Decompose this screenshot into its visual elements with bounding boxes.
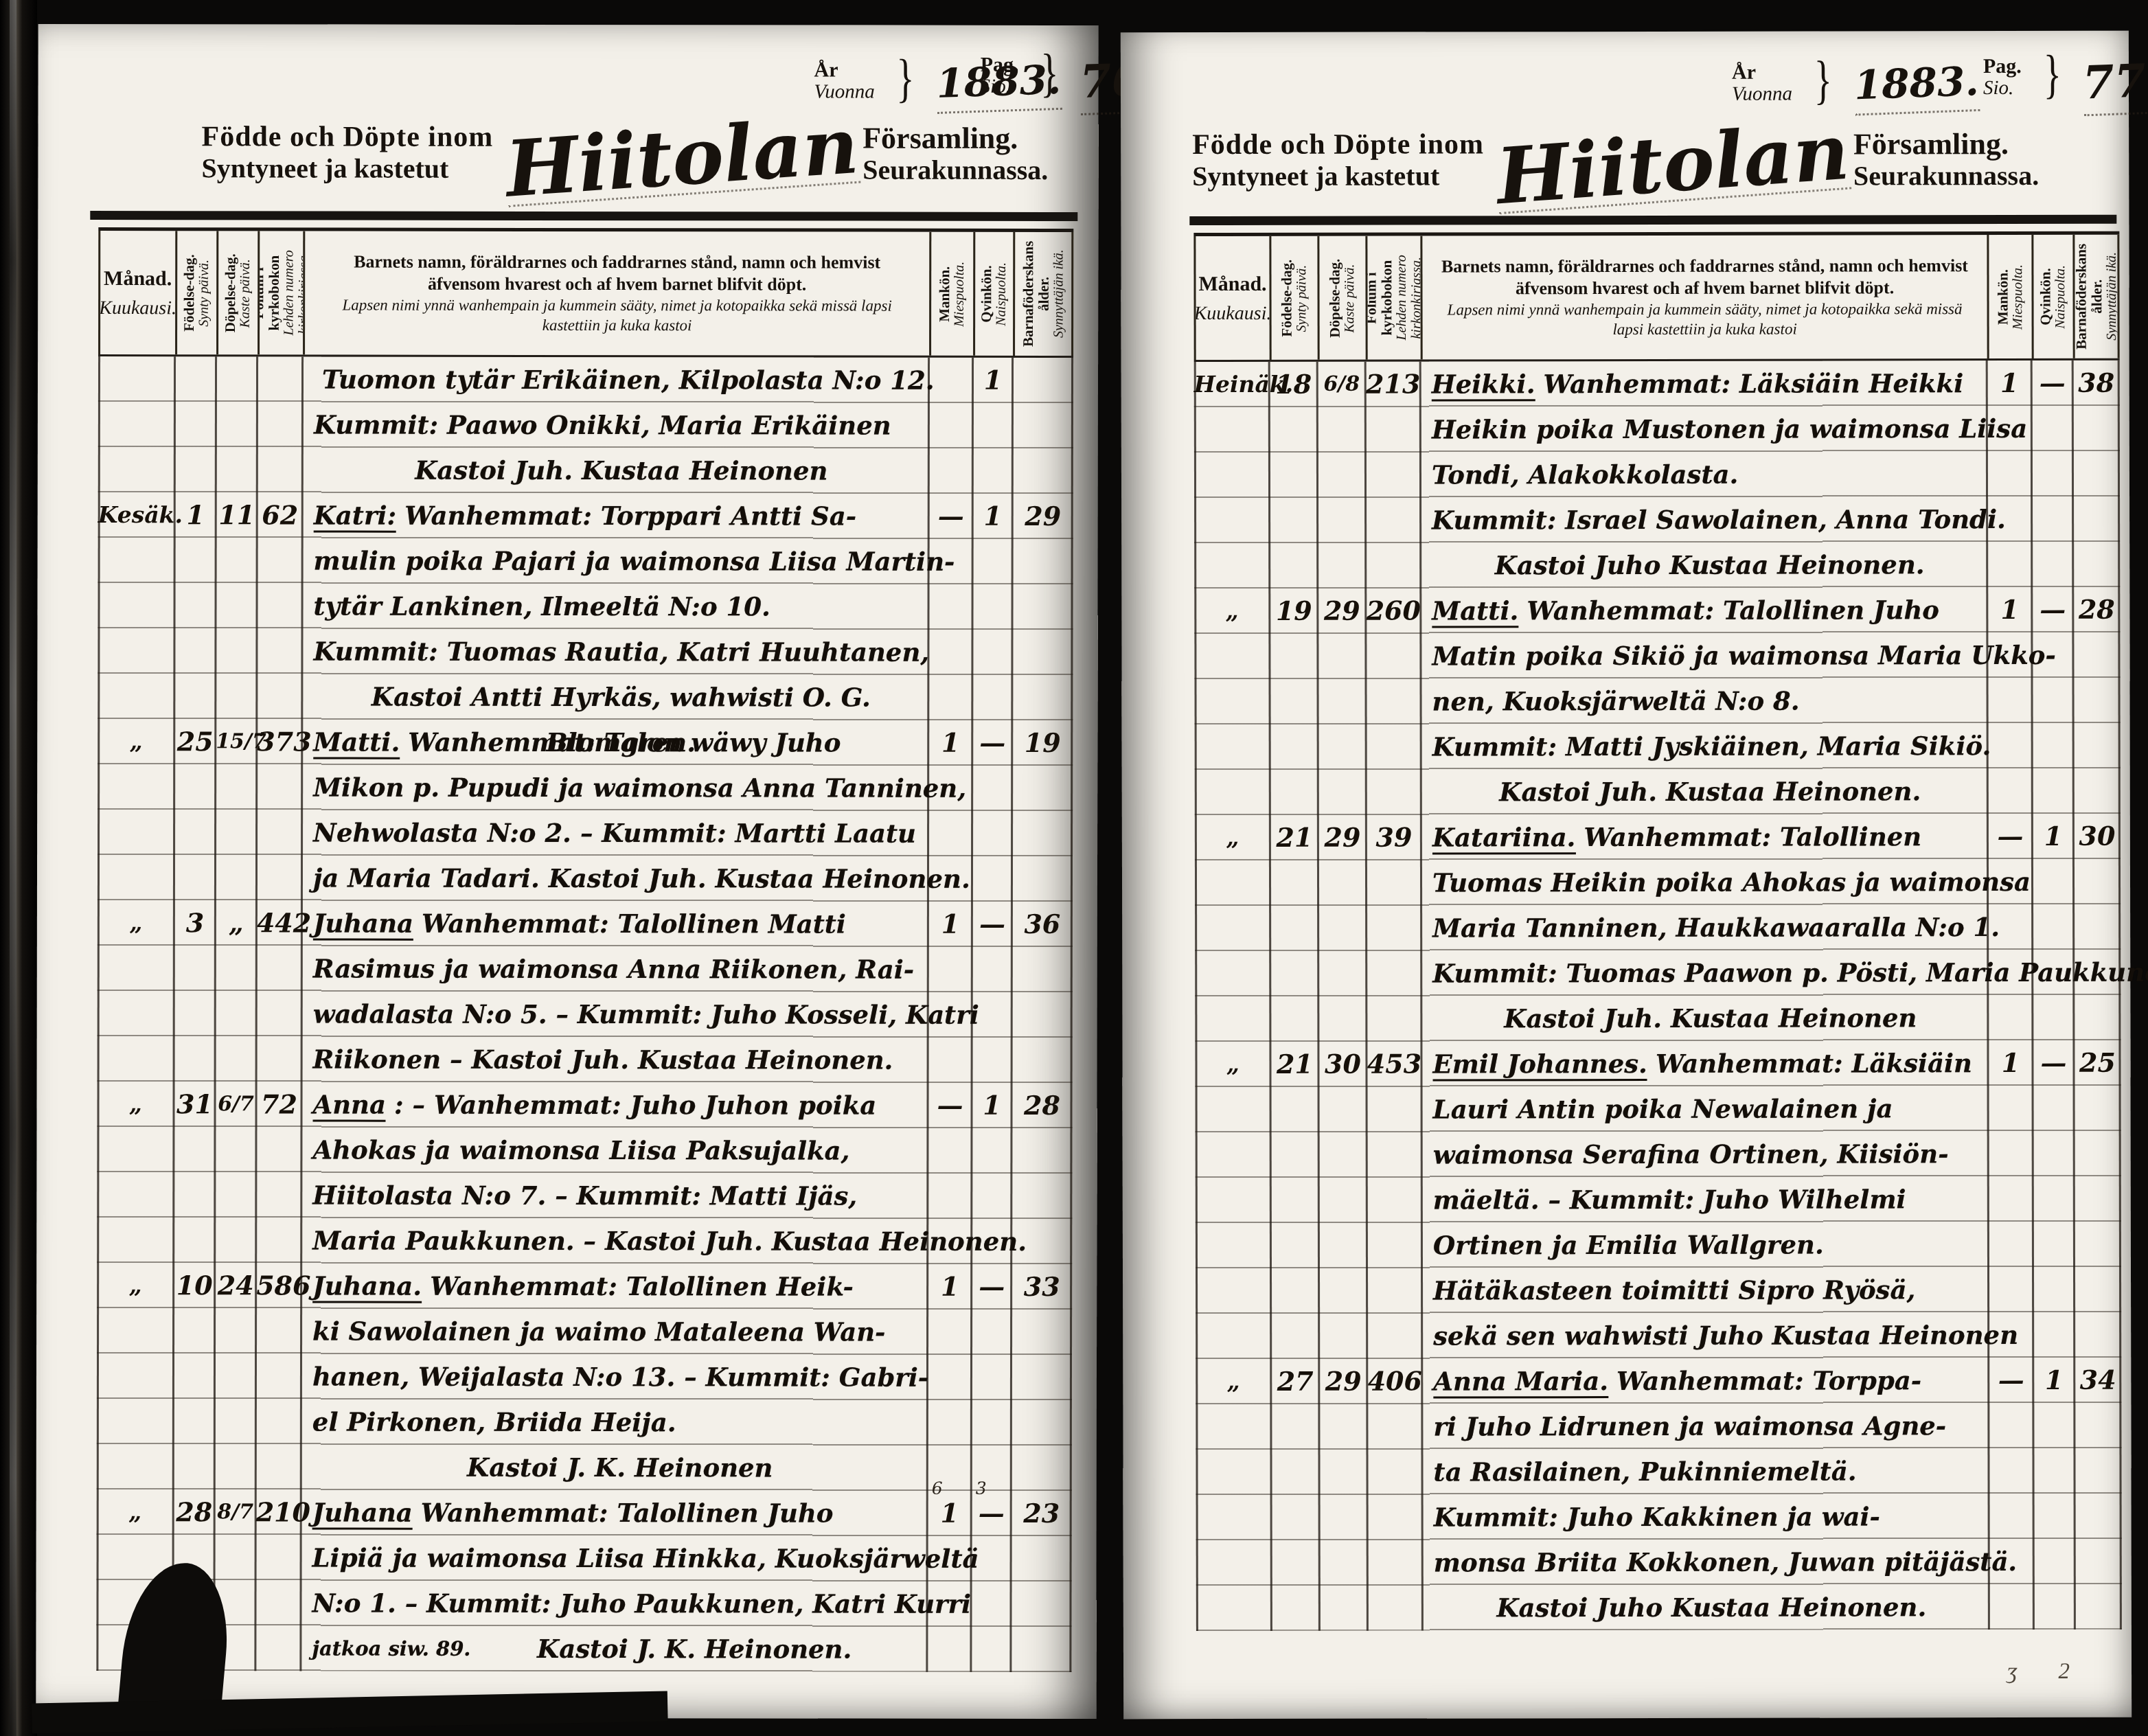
entry-folio: 442 [257, 900, 302, 1082]
col-birth-fi: Synty päivä. [1294, 264, 1309, 332]
entry-line: Heikin poika Mustonen ja waimonsa Liisa [1432, 406, 1987, 452]
entry-line: ki Sawolainen ja waimo Mataleena Wan- [312, 1308, 928, 1354]
year-value: 1883. [1853, 54, 1980, 116]
entry-text: Katariina.Wanhemmat: Talollinen Tuomas H… [1421, 814, 1989, 1041]
entry-male: 1 [1987, 587, 2033, 814]
register-entry: Kesäk. 1 11 62 Katri:Wanhemmat: Torppari… [98, 492, 1073, 720]
col-bapt-sv: Döpelse-dag. [222, 253, 238, 332]
entry-line: tytär Lankinen, Ilmeeltä N:o 10. [313, 583, 928, 629]
register-entry: „ 21 29 39 Katariina.Wanhemmat: Talollin… [1195, 814, 2121, 1042]
entry-line-text: Wanhemmat: Talollinen Matti [422, 909, 846, 939]
col-age-sv: Barnaföderskans ålder. [1020, 241, 1052, 347]
entry-line: Kummit: Tuomas Rautia, Katri Huuhtanen, [313, 628, 928, 674]
entry-line: Emil Johannes.Wanhemmat: Läksiäin [1432, 1040, 1988, 1086]
entry-baptism-day: 29 [1319, 1359, 1368, 1631]
parish-name-script: Hiitolan [1494, 118, 1851, 214]
entry-text: Heikki.Wanhemmat: Läksiäin Heikki Heikin… [1421, 361, 1988, 588]
entry-female: 1 [972, 1083, 1012, 1264]
title-prefix: Födde och Döpte inom Syntyneet ja kastet… [1192, 128, 1484, 192]
col-male-sv: Mankön. [936, 266, 952, 321]
year-label-fi: Vuonna [1732, 83, 1792, 104]
register-page-left: År Vuonna } 1883. Pag. Sio. } 76. Födde … [36, 24, 1098, 1719]
entry-line-text: Wanhemmat: Talollinen Juho [421, 1498, 834, 1529]
entry-line: ri Juho Lidrunen ja waimonsa Agne- [1433, 1403, 1989, 1449]
continuation-note: jatkoa siw. 89. [312, 1625, 470, 1671]
entry-line: Nehwolasta N:o 2. – Kummit: Martti Laatu [313, 810, 928, 856]
entry-male-value: 1 [940, 1498, 959, 1529]
entry-female: — [972, 720, 1012, 902]
entry-male: — [928, 494, 972, 720]
entry-line: Ortinen ja Emilia Wallgren. [1433, 1222, 1989, 1268]
entry-baptism-day: 11 [216, 492, 257, 719]
tally-note: 6 [932, 1480, 943, 1497]
entry-mother-age: 28 [1012, 1083, 1072, 1264]
entry-folio: 453 [1367, 1042, 1422, 1359]
entry-folio: 210 [255, 1489, 301, 1671]
page-title: Födde och Döpte inom Syntyneet ja kastet… [201, 120, 1048, 186]
entry-birth-day: 27 [1271, 1359, 1320, 1631]
register-page-right: År Vuonna } 1883. Pag. Sio. } 77 Födde o… [1121, 31, 2132, 1720]
entry-birth-day: 10 [174, 1263, 215, 1489]
entry-text: Juhana.Wanhemmat: Talollinen Heik- ki Sa… [301, 1263, 928, 1490]
entry-mother-age: 33 [1012, 1264, 1072, 1491]
entry-line: Lauri Antin poika Newalainen ja [1433, 1086, 1989, 1132]
entry-birth-day: 21 [1270, 1042, 1319, 1359]
entry-mother-age: 23 [1011, 1491, 1071, 1672]
entry-female: — [2032, 587, 2074, 814]
entry-line: mulin poika Pajari ja waimonsa Liisa Mar… [314, 538, 929, 584]
entry-line: Anna Maria.Wanhemmat: Torppa- [1433, 1358, 1989, 1404]
col-bapt-sv: Döpelse-dag. [1327, 258, 1343, 337]
col-male-sv: Mankön. [1994, 269, 2011, 324]
entry-mother-age: 25 [2074, 1040, 2121, 1358]
table-body: Tuomon tytär Erikäinen, Kilpolasta N:o 1… [96, 356, 1073, 1672]
col-birth-fi: Synty päivä. [196, 259, 212, 326]
entry-line-text: Wanhemmat: Läksiäin Heikki [1543, 368, 1963, 399]
col-header-folio: Folium i kyrkobokon Lehden numero kirkon… [1365, 236, 1420, 360]
entry-line-text: Wanhemmat: Talollinen Juho [1527, 595, 1939, 626]
entry-line: Kastoi Juh. Kustaa Heinonen [1432, 995, 1988, 1041]
entry-line: Anna: – Wanhemmat: Juho Juhon poika [312, 1082, 928, 1128]
entry-line: Kummit: Matti Jyskiäinen, Maria Sikiö. [1432, 723, 1988, 769]
entry-line-text: Wanhemmat: Torppa- [1616, 1365, 1921, 1396]
entry-line: hanen, Weijalasta N:o 13. – Kummit: Gabr… [312, 1354, 928, 1400]
year-label-fi: Vuonna [814, 81, 875, 102]
col-header-baptismday: Döpelse-dag. Kaste päivä. [1317, 236, 1365, 360]
entry-text: JuhanaWanhemmat: Talollinen Matti Rasimu… [302, 900, 928, 1082]
col-header-main: Barnets namn, föräldrarnes och faddrarne… [303, 231, 929, 355]
col-age-fi: Synnyttäjän ikä. [2103, 252, 2118, 341]
register-entry: Tuomon tytär Erikäinen, Kilpolasta N:o 1… [98, 356, 1073, 494]
page-label-fi: Sio. [981, 76, 1019, 97]
page-number-block: Pag. Sio. } 77 [1983, 50, 2146, 116]
title-suffix: Församling. Seurakunnassa. [862, 122, 1048, 186]
entry-line: Kummit: Israel Sawolainen, Anna Tondi. [1432, 496, 1987, 542]
entry-female: 3— [971, 1491, 1011, 1672]
entry-month: „ [1195, 1042, 1271, 1359]
col-header-female: Qvinkön. Naispuolta. [973, 232, 1013, 356]
col-female-sv: Qvinkön. [2037, 268, 2054, 325]
entry-baptism-day: 29 [1318, 589, 1367, 815]
entry-line: Heikki.Wanhemmat: Läksiäin Heikki [1432, 361, 1987, 407]
entry-line: sekä sen wahwisti Juho Kustaa Heinonen [1433, 1312, 1989, 1358]
year-block: År Vuonna } 1883. [1732, 56, 1978, 114]
entry-baptism-day: 29 [1318, 815, 1367, 1042]
entry-line: Rasimus ja waimonsa Anna Riikonen, Rai- [313, 946, 928, 992]
col-female-sv: Qvinkön. [978, 265, 994, 323]
entry-mother-age: 19 [1012, 720, 1073, 902]
entry-month: Heinäk. [1194, 362, 1270, 589]
entry-folio: 406 [1367, 1359, 1423, 1631]
entry-female-value: — [979, 1498, 1005, 1529]
col-age-sv: Barnaföderskans ålder. [2072, 244, 2104, 350]
entry-text: Emil Johannes.Wanhemmat: Läksiäin Lauri … [1421, 1040, 1989, 1358]
col-header-male: Mankön. Miespuolta. [929, 232, 973, 356]
brace: } [2043, 50, 2061, 98]
title-sv-post: Församling. [862, 122, 1048, 156]
entry-text: Anna: – Wanhemmat: Juho Juhon poika Ahok… [301, 1082, 928, 1264]
entry-baptism-day: 15/7 [216, 719, 257, 900]
register-entry: „ 19 29 260 Matti.Wanhemmat: Talollinen … [1194, 587, 2121, 815]
entry-female: 1 [972, 494, 1012, 720]
entry-birth-day: 18 [1270, 362, 1318, 589]
entry-female: — [2033, 1040, 2075, 1358]
entry-text: Tuomon tytär Erikäinen, Kilpolasta N:o 1… [303, 356, 929, 493]
col-birth-sv: Födelse-dag. [181, 254, 197, 332]
entry-female: 1 [2033, 1358, 2075, 1630]
title-sv-post: Församling. [1853, 127, 2039, 161]
heavy-rule [1189, 215, 2116, 225]
entry-baptism-day: 30 [1318, 1042, 1367, 1359]
col-month-fi: Kuukausi. [1194, 299, 1270, 328]
entry-birth-day: 3 [174, 900, 216, 1082]
col-bapt-fi: Kaste päivä. [238, 258, 253, 327]
year-labels: År Vuonna [814, 54, 875, 102]
entry-female: — [972, 902, 1012, 1083]
entry-line: Hätäkasteen toimitti Sipro Ryösä, [1433, 1267, 1989, 1313]
title-sv-pre: Födde och Döpte inom [201, 121, 493, 154]
register-table: Månad. Kuukausi. Födelse-dag. Synty päiv… [1193, 231, 2122, 1687]
page-title: Födde och Döpte inom Syntyneet ja kastet… [1192, 127, 2039, 193]
entry-line: jatkoa siw. 89. Kastoi J. K. Heinonen. [312, 1625, 927, 1671]
entry-line-text: Tuomon tytär Erikäinen, Kilpolasta N:o 1… [322, 365, 935, 396]
entry-line: mäeltä. – Kummit: Juho Wilhelmi [1433, 1176, 1989, 1222]
entry-line: Tuomas Heikin poika Ahokas ja waimonsa [1432, 859, 1988, 905]
child-name: Juhana [312, 1497, 413, 1529]
register-entry: „ 28 8/7 210 JuhanaWanhemmat: Talollinen… [96, 1489, 1071, 1672]
entry-folio: 373 [257, 719, 302, 900]
child-name: Matti. [313, 727, 400, 759]
entry-line-text: : – Wanhemmat: Juho Juhon poika [394, 1090, 876, 1121]
entry-line: Ahokas ja waimonsa Liisa Paksujalka, [312, 1127, 928, 1173]
entry-folio [258, 356, 303, 492]
table-header: Månad. Kuukausi. Födelse-dag. Synty päiv… [98, 227, 1073, 358]
col-header-folio: Folium i kyrkobokon Lehden numero kirkon… [258, 231, 303, 354]
page-stack-edge [10, 0, 16, 1736]
entry-line: ja Maria Tadari. Kastoi Juh. Kustaa Hein… [313, 855, 928, 901]
entry-line-text: Wanhemmat: Talollinen Heik- [430, 1271, 854, 1302]
page-label-sv: Pag. [1983, 56, 2022, 78]
entry-birth-day [175, 356, 216, 492]
year-label-sv: År [1732, 62, 1792, 84]
register-entry: „ 25 15/7 373 Matti.Wanhemmat: Talon wäw… [98, 719, 1073, 902]
heavy-rule [90, 211, 1077, 221]
col-male-fi: Miespuolta. [2010, 264, 2025, 329]
entry-line: Katri:Wanhemmat: Torppari Antti Sa- [314, 492, 929, 538]
entry-month: „ [97, 1263, 174, 1489]
col-female-fi: Naispuolta. [2053, 264, 2068, 328]
col-header-male: Mankön. Miespuolta. [1987, 235, 2031, 358]
entry-line: Kastoi Juho Kustaa Heinonen. [1434, 1584, 1989, 1630]
child-name: Juhana. [312, 1270, 422, 1303]
col-month-fi: Kuukausi. [99, 294, 175, 323]
entry-mother-age: 38 [2073, 361, 2121, 587]
child-name: Anna [312, 1089, 386, 1121]
entry-line: JuhanaWanhemmat: Talollinen Juho [312, 1489, 928, 1535]
entry-baptism-day: 24 [215, 1263, 256, 1489]
brace: } [896, 54, 914, 102]
entry-month: „ [98, 900, 174, 1082]
col-female-fi: Naispuolta. [994, 262, 1009, 325]
entry-mother-age: 34 [2075, 1358, 2122, 1630]
entry-baptism-day [216, 356, 258, 492]
entry-baptism-day: „ [216, 900, 257, 1082]
entry-text: Katri:Wanhemmat: Torppari Antti Sa- muli… [302, 492, 928, 720]
title-fi-post: Seurakunnassa. [862, 155, 1048, 186]
child-name: Katri: [314, 500, 397, 532]
entry-month [98, 356, 175, 492]
title-fi-pre: Syntyneet ja kastetut [1192, 161, 1484, 193]
entry-line: Maria Tanninen, Haukkawaaralla N:o 1. [1432, 904, 1988, 950]
entry-female: — [2032, 361, 2074, 587]
entry-line-text: Wanhemmat: Läksiäin [1656, 1048, 1972, 1079]
page-number: 77 [2082, 49, 2147, 117]
entry-mother-age [1013, 358, 1073, 494]
col-header-main: Barnets namn, föräldrarnes och faddrarne… [1420, 235, 1987, 359]
entry-male: 61 [927, 1491, 971, 1672]
title-sv-pre: Födde och Döpte inom [1192, 128, 1484, 161]
entry-male: — [928, 1083, 972, 1264]
entry-birth-day: 25 [174, 719, 216, 900]
entry-male: — [1988, 814, 2033, 1040]
col-month-sv: Månad. [1198, 268, 1266, 299]
col-header-birthday: Födelse-dag. Synty päivä. [175, 231, 216, 354]
entry-folio: 39 [1367, 815, 1422, 1042]
title-suffix: Församling. Seurakunnassa. [1853, 127, 2039, 192]
register-entry: „ 21 30 453 Emil Johannes.Wanhemmat: Läk… [1195, 1040, 2121, 1359]
col-birth-sv: Födelse-dag. [1279, 260, 1295, 337]
entry-line: N:o 1. – Kummit: Juho Paukkunen, Katri K… [312, 1580, 927, 1626]
page-labels: Pag. Sio. [1983, 50, 2022, 98]
col-header-month: Månad. Kuukausi. [1193, 236, 1269, 360]
entry-birth-day: 31 [174, 1082, 215, 1263]
col-header-mother-age: Barnaföderskans ålder. Synnyttäjän ikä. [1013, 232, 1073, 356]
entry-line: monsa Briita Kokkonen, Juwan pitäjästä. [1434, 1539, 1989, 1585]
entry-male: 1 [1987, 361, 2033, 587]
entry-male: 1 [1988, 1040, 2033, 1358]
entry-month: „ [1196, 1359, 1272, 1631]
register-table: Månad. Kuukausi. Födelse-dag. Synty päiv… [96, 227, 1073, 1704]
entry-mother-age: 28 [2073, 587, 2121, 814]
entry-text: Matti.Wanhemmat: Talollinen Juho Matin p… [1421, 587, 1988, 814]
col-folio-sv: Folium i kyrkobokon [1365, 260, 1395, 336]
entry-line: Kastoi J. K. Heinonen [312, 1444, 928, 1490]
col-folio-fi: Lehden numero kirkonkirjassa. [282, 250, 304, 335]
page-labels: Pag. Sio. [981, 49, 1019, 97]
entry-month: „ [1195, 815, 1271, 1042]
entry-line-text: Wanhemmat: Talollinen [1584, 821, 1921, 852]
col-male-fi: Miespuolta. [952, 261, 967, 326]
entry-baptism-day: 6/7 [215, 1082, 256, 1263]
entry-folio: 213 [1366, 362, 1421, 589]
entry-birth-day: 1 [174, 492, 216, 719]
title-fi-pre: Syntyneet ja kastetut [201, 153, 493, 184]
entry-line: waimonsa Serafina Ortinen, Kiisiön- [1433, 1131, 1989, 1177]
col-main-fi: Lapsen nimi ynnä wanhempain ja kummein s… [1441, 299, 1969, 340]
entry-line-text: Wanhemmat: Talon wäwy Juho [408, 727, 841, 758]
col-folio-fi: Lehden numero kirkonkirjassa. [1394, 255, 1421, 340]
entry-folio: 72 [256, 1082, 301, 1263]
entry-line: Kastoi Juh. Kustaa Heinonen [314, 447, 929, 493]
entry-line: Kummit: Juho Kakkinen ja wai- [1434, 1494, 1989, 1540]
entry-female: 1 [973, 358, 1013, 494]
table-body: Heinäk. 18 6/8 213 Heikki.Wanhemmat: Läk… [1194, 361, 2122, 1631]
tally-note: 3 [976, 1480, 987, 1497]
child-name: Anna Maria. [1433, 1366, 1608, 1398]
year-labels: År Vuonna [1732, 56, 1792, 104]
register-entry: „ 31 6/7 72 Anna: – Wanhemmat: Juho Juho… [97, 1082, 1072, 1264]
book-spine-shadow [0, 0, 37, 1736]
entry-month: „ [1194, 589, 1270, 815]
entry-folio: 586 [256, 1263, 301, 1489]
title-fi-post: Seurakunnassa. [1853, 161, 2039, 192]
entry-line: Mikon p. Pupudi ja waimonsa Anna Tannine… [313, 764, 928, 810]
entry-line: Kummit: Tuomas Paawon p. Pösti, Maria Pa… [1432, 950, 1988, 996]
title-prefix: Födde och Döpte inom Syntyneet ja kastet… [201, 121, 493, 184]
entry-mother-age: 29 [1012, 494, 1073, 720]
child-name: Juhana [313, 908, 413, 940]
entry-mother-age: 36 [1012, 902, 1073, 1083]
entry-line: Matti.Wanhemmat: Talon wäwy Juho [313, 719, 928, 765]
col-main-fi: Lapsen nimi ynnä wanhempain ja kummein s… [323, 295, 911, 336]
entry-month: „ [98, 719, 174, 900]
entry-mother-age: 30 [2074, 814, 2121, 1040]
brace: } [1040, 49, 1058, 97]
child-name: Matti. [1432, 595, 1518, 628]
entry-line: Katariina.Wanhemmat: Talollinen [1432, 814, 1988, 860]
parish-name-script: Hiitolan [503, 112, 860, 207]
entry-line: Matti.Wanhemmat: Talollinen Juho [1432, 587, 1987, 633]
entry-line: el Pirkonen, Briida Heija. [312, 1399, 928, 1445]
register-entry: „ 3 „ 442 JuhanaWanhemmat: Talollinen Ma… [98, 900, 1073, 1083]
brace: } [1814, 56, 1832, 104]
child-name: Heikki. [1432, 369, 1535, 401]
col-folio-sv: Folium i kyrkobokon [258, 255, 282, 331]
entry-male [929, 358, 973, 494]
entry-baptism-day: 6/8 [1318, 362, 1367, 589]
entry-line: ta Rasilainen, Pukinniemeltä. [1433, 1448, 1989, 1494]
baptizer-note: Kastoi J. K. Heinonen. [537, 1626, 852, 1672]
entry-line: Juhana.Wanhemmat: Talollinen Heik- [312, 1263, 928, 1309]
entry-month: Kesäk. [98, 492, 174, 719]
entry-text: Matti.Wanhemmat: Talon wäwy Juho Mikon p… [302, 719, 928, 901]
pencil-mark: ʒ 2 [2007, 1659, 2088, 1684]
entry-birth-day: 19 [1270, 589, 1318, 815]
col-header-mother-age: Barnaföderskans ålder. Synnyttäjän ikä. [2072, 235, 2119, 358]
page-label-fi: Sio. [1983, 77, 2022, 98]
col-header-baptismday: Döpelse-dag. Kaste päivä. [216, 231, 258, 354]
col-main-sv: Barnets namn, föräldrarnes och faddrarne… [323, 251, 911, 296]
entry-line: Tuomon tytär Erikäinen, Kilpolasta N:o 1… [314, 356, 929, 402]
entry-birth-day: 21 [1270, 815, 1319, 1042]
col-age-fi: Synnyttäjän ikä. [1051, 250, 1066, 339]
entry-folio: 260 [1366, 589, 1421, 815]
child-name: Katariina. [1432, 822, 1576, 854]
entry-female: 1 [2033, 814, 2075, 1040]
year-label-sv: År [814, 60, 875, 82]
entry-line: Lipiä ja waimonsa Liisa Hinkka, Kuoksjär… [312, 1535, 928, 1581]
entry-line: Kastoi Juho Kustaa Heinonen. [1432, 542, 1987, 588]
entry-line: Hiitolasta N:o 7. – Kummit: Matti Ijäs, [312, 1172, 928, 1218]
register-entry: „ 27 29 406 Anna Maria.Wanhemmat: Torppa… [1196, 1358, 2122, 1631]
entry-male: 1 [928, 902, 972, 1083]
col-bapt-fi: Kaste päivä. [1342, 264, 1357, 332]
page-label-sv: Pag. [981, 54, 1019, 76]
entry-line: Kastoi Juh. Kustaa Heinonen. [1432, 768, 1988, 814]
entry-male: — [1989, 1358, 2034, 1630]
entry-folio: 62 [257, 492, 302, 719]
entry-line: wadalasta N:o 5. – Kummit: Juho Kosseli,… [313, 991, 928, 1037]
entry-line: nen, Kuoksjärweltä N:o 8. [1432, 678, 1988, 724]
entry-male: 1 [928, 720, 972, 902]
entry-line-text: Wanhemmat: Torppari Antti Sa- [404, 501, 856, 532]
col-header-month: Månad. Kuukausi. [98, 231, 175, 354]
entry-line: Kastoi Antti Hyrkäs, wahwisti O. G. Blom… [313, 674, 928, 720]
entry-month: „ [97, 1082, 174, 1263]
entry-line: JuhanaWanhemmat: Talollinen Matti [313, 900, 928, 946]
entry-text: JuhanaWanhemmat: Talollinen Juho Lipiä j… [301, 1489, 927, 1671]
child-name: Emil Johannes. [1432, 1049, 1647, 1082]
entry-line: Riikonen – Kastoi Juh. Kustaa Heinonen. [313, 1036, 928, 1082]
entry-line: Tondi, Alakokkolasta. [1432, 451, 1987, 497]
col-month-sv: Månad. [104, 263, 172, 294]
register-entry: Heinäk. 18 6/8 213 Heikki.Wanhemmat: Läk… [1194, 361, 2121, 589]
entry-line: Kummit: Paawo Onikki, Maria Erikäinen [314, 402, 929, 448]
col-header-female: Qvinkön. Naispuolta. [2031, 235, 2072, 358]
entry-line: Matin poika Sikiö ja waimonsa Maria Ukko… [1432, 632, 1987, 678]
register-entry: „ 10 24 586 Juhana.Wanhemmat: Talollinen… [97, 1263, 1072, 1491]
entry-line: Maria Paukkunen. – Kastoi Juh. Kustaa He… [312, 1218, 928, 1264]
col-header-birthday: Födelse-dag. Synty päivä. [1269, 236, 1317, 360]
entry-male: 1 [928, 1264, 972, 1491]
entry-female: — [972, 1264, 1012, 1491]
table-header: Månad. Kuukausi. Födelse-dag. Synty päiv… [1193, 231, 2119, 362]
entry-text: Anna Maria.Wanhemmat: Torppa- ri Juho Li… [1422, 1358, 1989, 1630]
col-main-sv: Barnets namn, föräldrarnes och faddrarne… [1440, 255, 1969, 300]
